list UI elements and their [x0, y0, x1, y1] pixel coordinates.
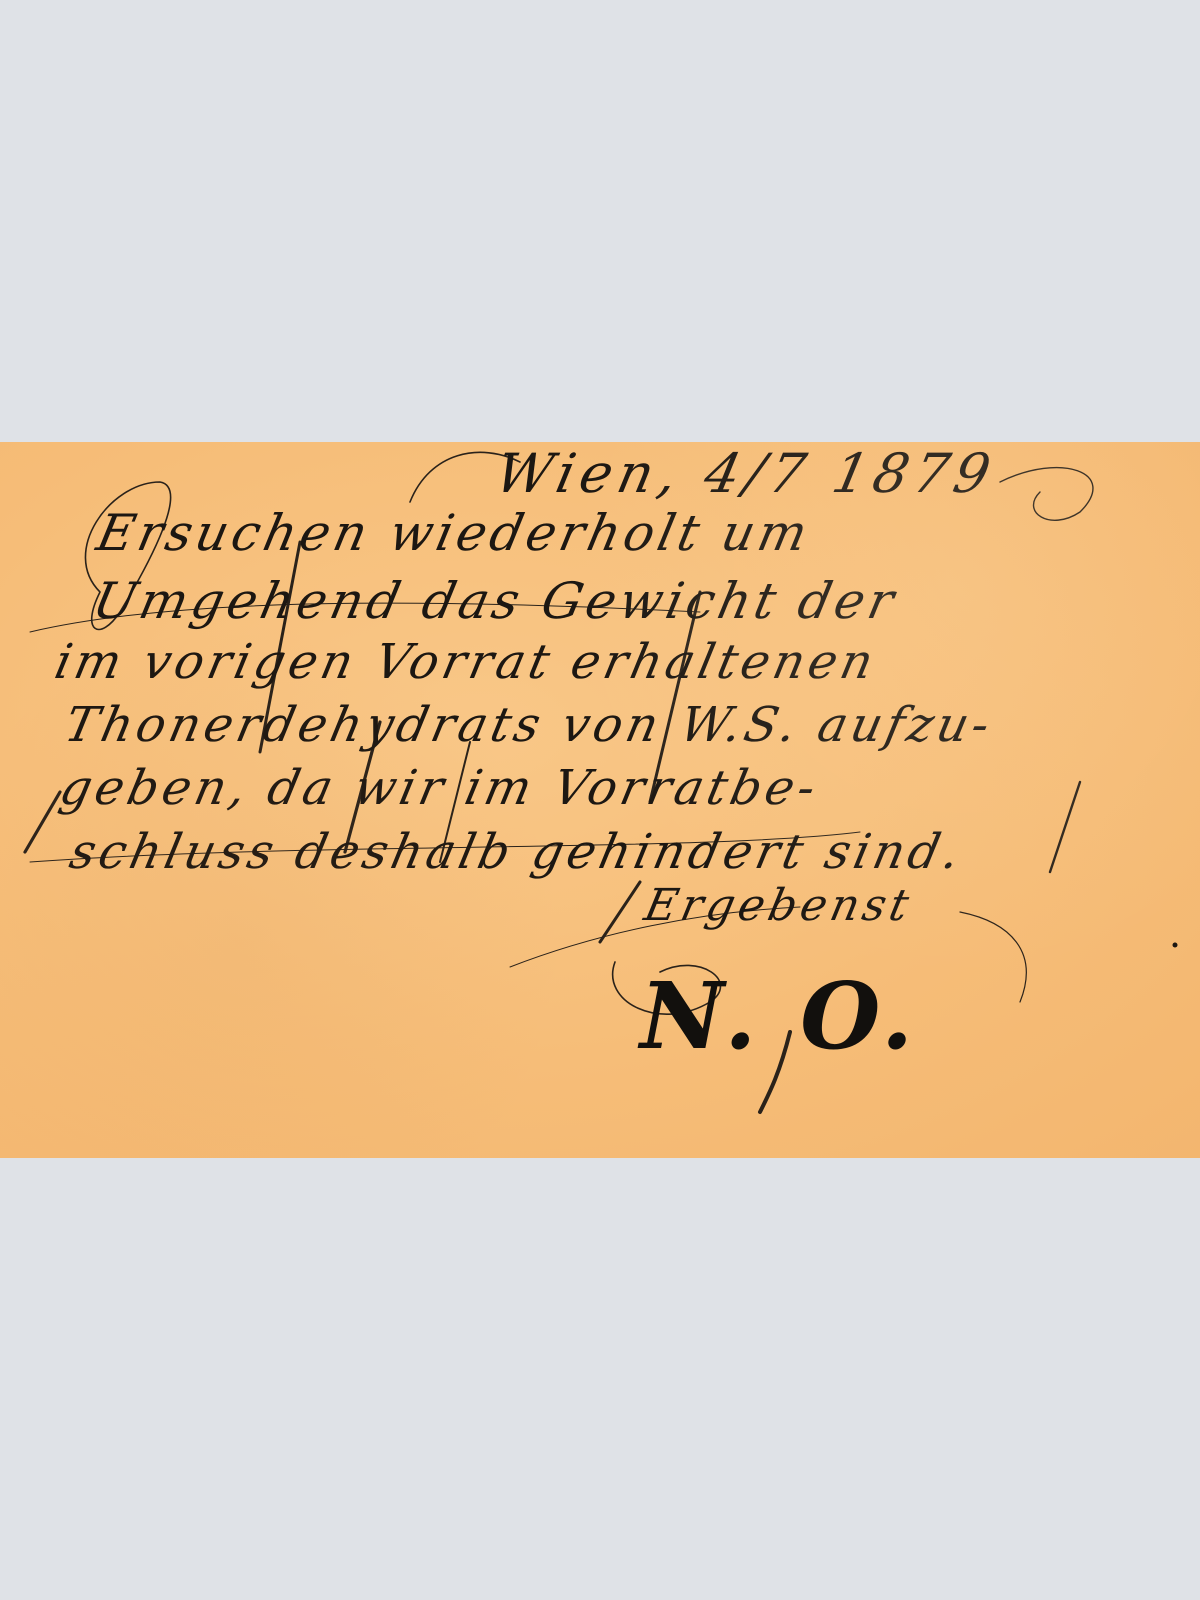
body-line-2: Umgehend das Gewicht der	[88, 572, 903, 630]
body-line-6: schluss deshalb gehindert sind.	[65, 824, 969, 880]
postcard: Wien, 4/7 1879 Ersuchen wiederholt um Um…	[0, 442, 1200, 1158]
date-line: Wien, 4/7 1879	[490, 442, 1002, 505]
body-line-5: geben, da wir im Vorratbe-	[55, 760, 824, 816]
body-line-1: Ersuchen wiederholt um	[92, 504, 816, 562]
signature: N. O.	[640, 962, 919, 1070]
closing-salutation: Ergebenst	[640, 880, 917, 931]
body-line-4: Thonerdehydrats von W.S. aufzu-	[60, 697, 998, 753]
body-line-3: im vorigen Vorrat erhaltenen	[50, 634, 882, 690]
